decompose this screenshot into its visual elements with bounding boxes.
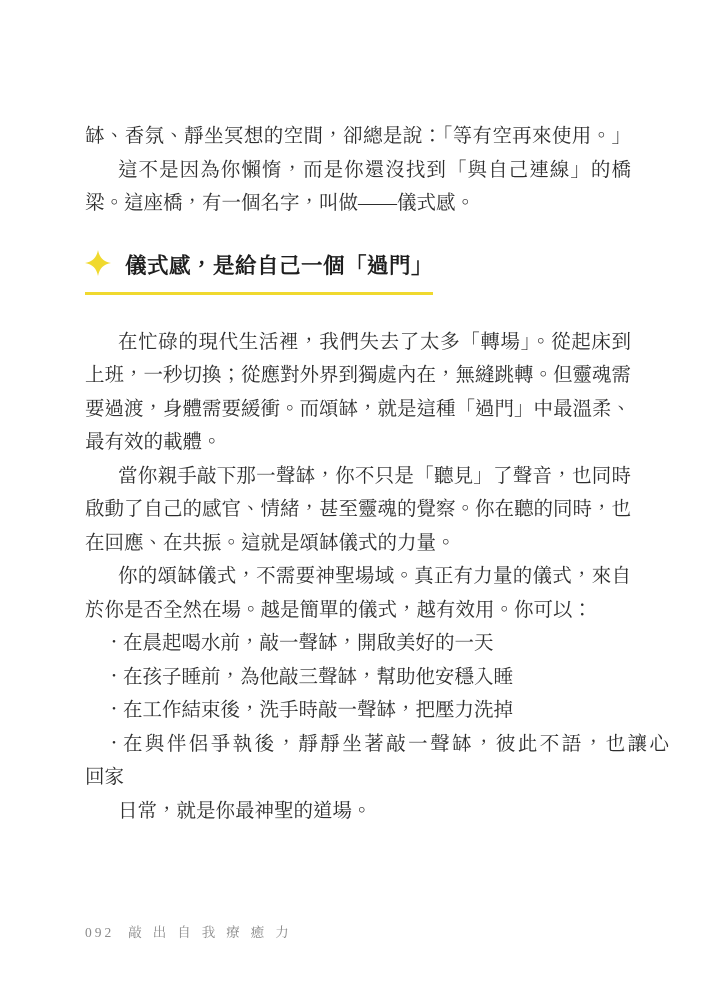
sparkle-icon <box>85 249 111 277</box>
page-body-text: 缽、香氛、靜坐冥想的空間，卻總是說：「等有空再來使用。」這不是因為你懶惰，而是你… <box>85 120 631 828</box>
paragraph: 這不是因為你懶惰，而是你還沒找到「與自己連線」的橋梁。這座橋，有一個名字，叫做—… <box>85 154 631 221</box>
book-page: 缽、香氛、靜坐冥想的空間，卻總是說：「等有空再來使用。」這不是因為你懶惰，而是你… <box>0 0 711 1000</box>
bullet-item: ・在工作結束後，洗手時敲一聲缽，把壓力洗掉 <box>85 694 631 728</box>
text-line: 啟動了自己的感官、情緒，甚至靈魂的覺察。你在聽的同時，也 <box>85 493 631 527</box>
bullet-dot: ・ <box>107 661 121 695</box>
text-line: 回家 <box>85 761 631 795</box>
text-line: ・在孩子睡前，為他敲三聲缽，幫助他安穩入睡 <box>85 661 669 695</box>
bullet-dot: ・ <box>107 694 121 728</box>
bullet-dot: ・ <box>107 728 121 762</box>
paragraph: 日常，就是你最神聖的道場。 <box>85 795 631 829</box>
bullet-dot: ・ <box>107 627 121 661</box>
text-line: ・在工作結束後，洗手時敲一聲缽，把壓力洗掉 <box>85 694 669 728</box>
paragraph: 在忙碌的現代生活裡，我們失去了太多「轉場」。從起床到上班，一秒切換；從應對外界到… <box>85 326 631 460</box>
bullet-item: ・在孩子睡前，為他敲三聲缽，幫助他安穩入睡 <box>85 661 631 695</box>
text-line: 在回應、在共振。這就是頌缽儀式的力量。 <box>85 527 631 561</box>
bullet-item: ・在與伴侶爭執後，靜靜坐著敲一聲缽，彼此不語，也讓心回家 <box>85 728 631 795</box>
text-line: ・在晨起喝水前，敲一聲缽，開啟美好的一天 <box>85 627 669 661</box>
text-line: 於你是否全然在場。越是簡單的儀式，越有效用。你可以： <box>85 594 631 628</box>
text-line: 在忙碌的現代生活裡，我們失去了太多「轉場」。從起床到 <box>85 326 631 360</box>
text-line: 最有效的載體。 <box>85 426 631 460</box>
text-line: 日常，就是你最神聖的道場。 <box>85 795 631 829</box>
paragraph: 你的頌缽儀式，不需要神聖場域。真正有力量的儀式，來自於你是否全然在場。越是簡單的… <box>85 560 631 627</box>
section-heading-row: 儀式感，是給自己一個「過門」 <box>85 221 631 326</box>
running-title: 敲出自我療癒力 <box>128 925 300 940</box>
text-line: 要過渡，身體需要緩衝。而頌缽，就是這種「過門」中最溫柔、 <box>85 393 631 427</box>
page-number: 092 <box>85 925 114 940</box>
text-line: 你的頌缽儀式，不需要神聖場域。真正有力量的儀式，來自 <box>85 560 631 594</box>
text-line: ・在與伴侶爭執後，靜靜坐著敲一聲缽，彼此不語，也讓心 <box>85 728 669 762</box>
text-line: 這不是因為你懶惰，而是你還沒找到「與自己連線」的橋 <box>85 154 631 188</box>
text-line: 當你親手敲下那一聲缽，你不只是「聽見」了聲音，也同時 <box>85 460 631 494</box>
text-line: 缽、香氛、靜坐冥想的空間，卻總是說：「等有空再來使用。」 <box>85 120 631 154</box>
paragraph: 當你親手敲下那一聲缽，你不只是「聽見」了聲音，也同時啟動了自己的感官、情緒，甚至… <box>85 460 631 561</box>
paragraph: 缽、香氛、靜坐冥想的空間，卻總是說：「等有空再來使用。」 <box>85 120 631 154</box>
section-heading: 儀式感，是給自己一個「過門」 <box>85 249 433 295</box>
section-heading-text: 儀式感，是給自己一個「過門」 <box>125 254 433 278</box>
page-footer: 092敲出自我療癒力 <box>85 924 300 942</box>
bullet-item: ・在晨起喝水前，敲一聲缽，開啟美好的一天 <box>85 627 631 661</box>
text-line: 梁。這座橋，有一個名字，叫做——儀式感。 <box>85 187 631 221</box>
text-line: 上班，一秒切換；從應對外界到獨處內在，無縫跳轉。但靈魂需 <box>85 359 631 393</box>
